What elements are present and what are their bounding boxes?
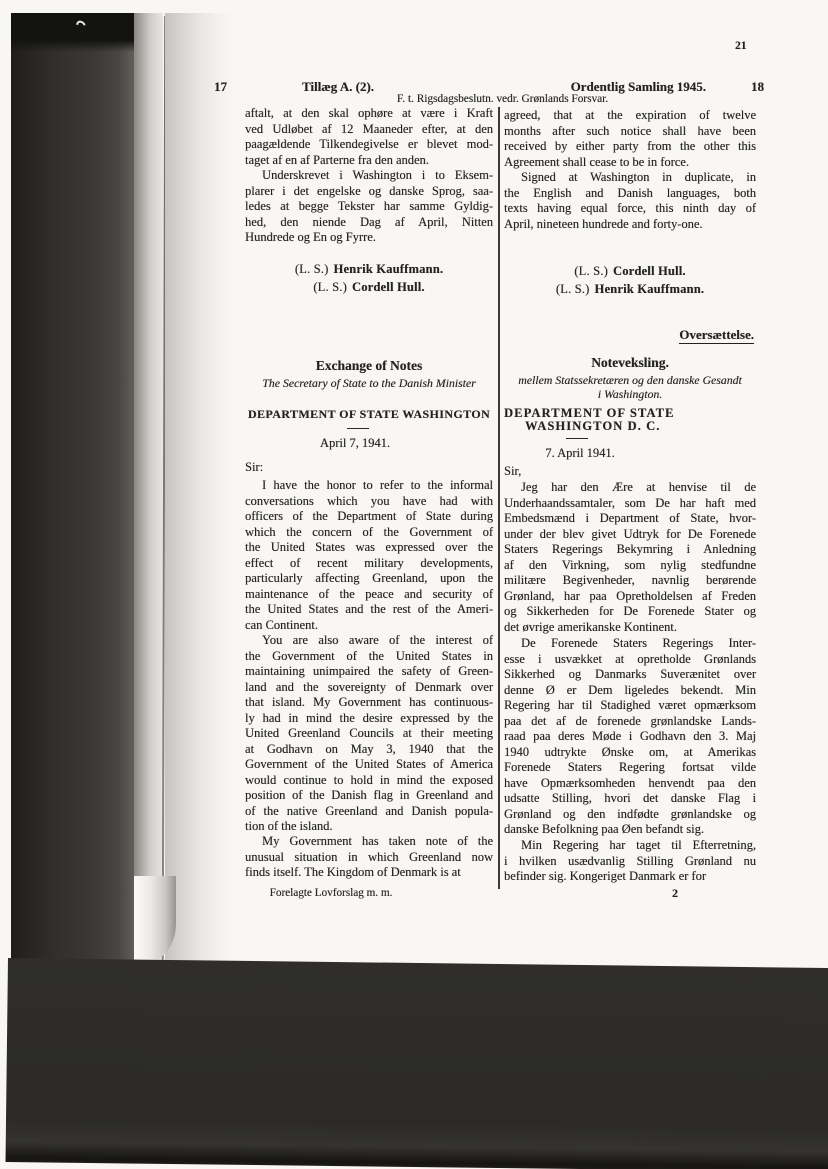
text-line: Grønland, har paa Opretholdelsen af Fred… (504, 589, 756, 605)
column-divider (498, 107, 500, 889)
scanned-book-page: 21 17 Tillæg A. (2). Ordentlig Samling 1… (0, 0, 828, 1169)
text-line: Min Regering har taget til Efterretning, (504, 838, 756, 854)
text-line: agreed, that at the expiration of twelve (504, 108, 756, 124)
text-line: ly had in mind the desire expressed by t… (245, 711, 493, 727)
body-paragraph: My Government has taken note of theunusu… (245, 834, 493, 881)
text-line: i hvilken usædvanlig Stilling Grønland n… (504, 854, 756, 870)
text-line: would continue to hold in mind the expos… (245, 773, 493, 789)
text-line: esse i usvækket at opretholde Grønlands (504, 652, 756, 668)
text-line: Grønland og den indfødte grønlandske og (504, 807, 756, 823)
text-line: received by either party from the other … (504, 139, 756, 155)
page-curl-highlight (134, 13, 163, 961)
text-line: 1940 udtrykte Ønske om, at Amerikas (504, 745, 756, 761)
footer-note: Forelagte Lovforslag m. m. (246, 886, 416, 902)
body-paragraph: Min Regering har taget til Efterretning,… (504, 838, 756, 885)
text-line: United Greenland Councils at their meeti… (245, 726, 493, 742)
text-line: April, nineteen hundrede and forty-one. (504, 217, 756, 233)
seal-label: (L. S.) (313, 280, 347, 294)
section-title: Exchange of Notes (245, 358, 493, 374)
signature-line: (L. S.)Cordell Hull. (245, 280, 493, 296)
text-line: the Government of the United States in (245, 649, 493, 665)
page-curl-fade (165, 13, 235, 961)
section-subtitle: The Secretary of State to the Danish Min… (245, 376, 493, 392)
page-footer-number: 2 (672, 886, 678, 902)
text-line: tion of the island. (245, 819, 493, 835)
signature-line: (L. S.)Henrik Kauffmann. (504, 282, 756, 298)
signatory-name: Cordell Hull. (613, 264, 686, 278)
department-line: DEPARTMENT OF STATE WASHINGTON (245, 407, 493, 423)
body-paragraph: De Forenede Staters Regerings Inter-esse… (504, 636, 756, 838)
separator-dash (347, 428, 369, 429)
paragraph: Signed at Washington in duplicate, inthe… (504, 170, 756, 232)
text-line: og Sikkerheden for De Forenede Stater og (504, 604, 756, 620)
text-line: af den Virkning, som nylig stedfundne (504, 558, 756, 574)
date-line: 7. April 1941. (504, 446, 656, 462)
text-line: militære Begivenheder, navnlig berørende (504, 573, 756, 589)
text-line: the English and Danish languages, both (504, 186, 756, 202)
paragraph: agreed, that at the expiration of twelve… (504, 108, 756, 170)
text-line: Government of the United States of Ameri… (245, 757, 493, 773)
text-line: months after such notice shall have been (504, 124, 756, 140)
body-paragraph: Jeg har den Ære at henvise til deUnderha… (504, 480, 756, 635)
text-line: Agreement shall cease to be in force. (504, 155, 756, 171)
text-line: at Godhavn on May 3, 1940 that the (245, 742, 493, 758)
text-line: You are also aware of the interest of (245, 633, 493, 649)
date-line: April 7, 1941. (245, 436, 465, 452)
text-line: can Continent. (245, 618, 493, 634)
text-line: land and the sovereignty of Denmark over (245, 680, 493, 696)
signatory-name: Henrik Kauffmann. (334, 262, 444, 276)
salutation: Sir, (504, 464, 756, 480)
translation-label: Oversættelse. (679, 327, 754, 343)
text-line: that island. My Government has continuou… (245, 695, 493, 711)
text-line: Jeg har den Ære at henvise til de (504, 480, 756, 496)
text-line: I have the honor to refer to the informa… (245, 478, 493, 494)
section-subtitle: i Washington. (504, 387, 756, 403)
book-gutter-shadow (11, 13, 134, 965)
text-line: taget af en af Parterne fra den anden. (245, 153, 493, 169)
text-line: the United States and the rest of the Am… (245, 602, 493, 618)
text-line: det øvrige amerikanske Kontinent. (504, 620, 756, 636)
section-title: Noteveksling. (504, 355, 756, 371)
signature-line: (L. S.)Henrik Kauffmann. (245, 262, 493, 278)
text-line: ledes at begge Tekster har samme Gyldig- (245, 199, 493, 215)
signature-line: (L. S.)Cordell Hull. (504, 264, 756, 280)
text-line: plarer i det engelske og danske Sprog, s… (245, 184, 493, 200)
body-paragraph: You are also aware of the interest ofthe… (245, 633, 493, 835)
paragraph: Underskrevet i Washington i to Eksem-pla… (245, 168, 493, 246)
signatory-name: Henrik Kauffmann. (595, 282, 705, 296)
text-line: udsatte Stilling, hvori det danske Flag … (504, 791, 756, 807)
text-line: Regering har til Stadighed været opmærks… (504, 698, 756, 714)
text-line: conversations which you have had with (245, 494, 493, 510)
left-column: aftalt, at den skal ophøre at være i Kra… (245, 0, 493, 1169)
text-line: particularly affecting Greenland, upon t… (245, 571, 493, 587)
text-line: denne Ø er Dem ligeledes bekendt. Min (504, 683, 756, 699)
text-line: of the native Greenland and Danish popul… (245, 804, 493, 820)
text-line: paa det af de forenede grønlandske Lands… (504, 714, 756, 730)
seal-label: (L. S.) (556, 282, 590, 296)
body-paragraph: I have the honor to refer to the informa… (245, 478, 493, 633)
text-line: Hundrede og En og Fyrre. (245, 230, 493, 246)
seal-label: (L. S.) (574, 264, 608, 278)
translation-label-text: Oversættelse. (679, 327, 754, 344)
text-line: unusual situation in which Greenland now (245, 850, 493, 866)
text-line: My Government has taken note of the (245, 834, 493, 850)
signatory-name: Cordell Hull. (352, 280, 425, 294)
department-line: WASHINGTON D. C. (504, 419, 756, 435)
text-line: maintenance of the peace and security of (245, 587, 493, 603)
text-line: the United States was expressed over the (245, 540, 493, 556)
text-line: Embedsmænd i Department of State, hvor- (504, 511, 756, 527)
text-line: texts having equal force, this ninth day… (504, 201, 756, 217)
text-line: danske Befolkning paa Øen befandt sig. (504, 822, 756, 838)
text-line: have Opmærksomheden henvendt paa den (504, 776, 756, 792)
text-line: befinder sig. Kongeriget Danmark er for (504, 869, 756, 885)
header-page-number-left: 17 (214, 79, 227, 95)
text-line: effect of recent military developments, (245, 556, 493, 572)
text-line: Sikkerhed og Danmarks Suverænitet over (504, 667, 756, 683)
text-line: Staters Regerings Bekymring i Anledning (504, 542, 756, 558)
text-line: De Forenede Staters Regerings Inter- (504, 636, 756, 652)
text-line: which the concern of the Government of (245, 525, 493, 541)
text-line: Forenede Staters Regering fortsat vilde (504, 760, 756, 776)
right-column: agreed, that at the expiration of twelve… (504, 0, 756, 1169)
text-line: officers of the Department of State duri… (245, 509, 493, 525)
text-line: finds itself. The Kingdom of Denmark is … (245, 865, 493, 881)
text-line: aftalt, at den skal ophøre at være i Kra… (245, 106, 493, 122)
salutation: Sir: (245, 460, 493, 476)
text-line: raad paa deres Møde i Godhavn den 3. Maj (504, 729, 756, 745)
text-line: Underhaandssamtaler, som De har haft med (504, 496, 756, 512)
text-line: ved Udløbet af 12 Maaneder efter, at den (245, 122, 493, 138)
text-line: Signed at Washington in duplicate, in (504, 170, 756, 186)
paragraph: aftalt, at den skal ophøre at være i Kra… (245, 106, 493, 168)
gutter-top-shadow (11, 13, 134, 52)
text-line: Underskrevet i Washington i to Eksem- (245, 168, 493, 184)
text-line: position of the Danish flag in Greenland… (245, 788, 493, 804)
text-line: maintaining unimpaired the safety of Gre… (245, 664, 493, 680)
text-line: under der blev givet Udtryk for De Foren… (504, 527, 756, 543)
text-line: hed, den niende Dag af April, Nitten (245, 215, 493, 231)
seal-label: (L. S.) (295, 262, 329, 276)
separator-dash (566, 438, 588, 439)
text-line: paagældende Tilkendegivelse er blevet mo… (245, 137, 493, 153)
